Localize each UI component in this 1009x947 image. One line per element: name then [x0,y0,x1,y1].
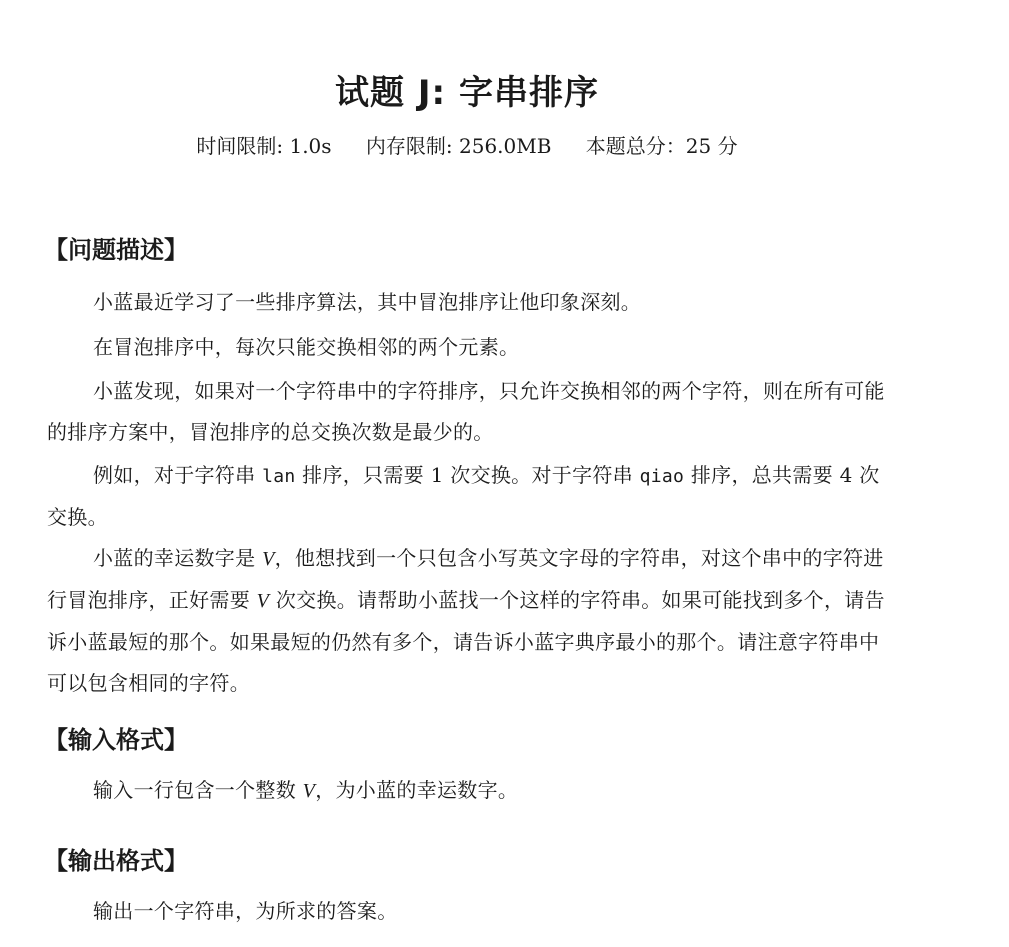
code-qiao: qiao [640,466,685,487]
description-paragraph-2: 在冒泡排序中，每次只能交换相邻的两个元素。 [47,327,897,368]
description-paragraph-3: 小蓝发现，如果对一个字符串中的字符排序，只允许交换相邻的两个字符，则在所有可能的… [47,371,897,453]
section-heading-output-format: 【输出格式】 [44,843,188,879]
total-score: 本题总分：25 分 [586,134,738,158]
output-format-text: 输出一个字符串，为所求的答案。 [47,891,897,932]
text: 例如，对于字符串 [93,463,262,487]
description-paragraph-1: 小蓝最近学习了一些排序算法，其中冒泡排序让他印象深刻。 [47,282,897,323]
text: 排序，只需要 1 次交换。对于字符串 [295,463,639,487]
section-heading-description: 【问题描述】 [44,232,188,268]
variable-v: V [257,590,270,612]
input-format-text: 输入一行包含一个整数 V，为小蓝的幸运数字。 [47,770,897,812]
text: 小蓝的幸运数字是 [93,546,262,570]
memory-limit: 内存限制: 256.0MB [366,134,552,158]
variable-v: V [303,780,316,802]
description-paragraph-5: 小蓝的幸运数字是 V，他想找到一个只包含小写英文字母的字符串，对这个串中的字符进… [47,538,897,704]
description-paragraph-4: 例如，对于字符串 lan 排序，只需要 1 次交换。对于字符串 qiao 排序，… [47,455,897,538]
code-lan: lan [262,466,295,487]
variable-v: V [262,548,275,570]
text: 输入一行包含一个整数 [93,778,303,802]
problem-meta: 时间限制: 1.0s 内存限制: 256.0MB 本题总分：25 分 [0,130,934,162]
problem-title: 试题 J: 字串排序 [0,68,934,118]
section-heading-input-format: 【输入格式】 [44,722,188,758]
text: ，为小蓝的幸运数字。 [315,778,518,802]
time-limit: 时间限制: 1.0s [196,134,331,158]
